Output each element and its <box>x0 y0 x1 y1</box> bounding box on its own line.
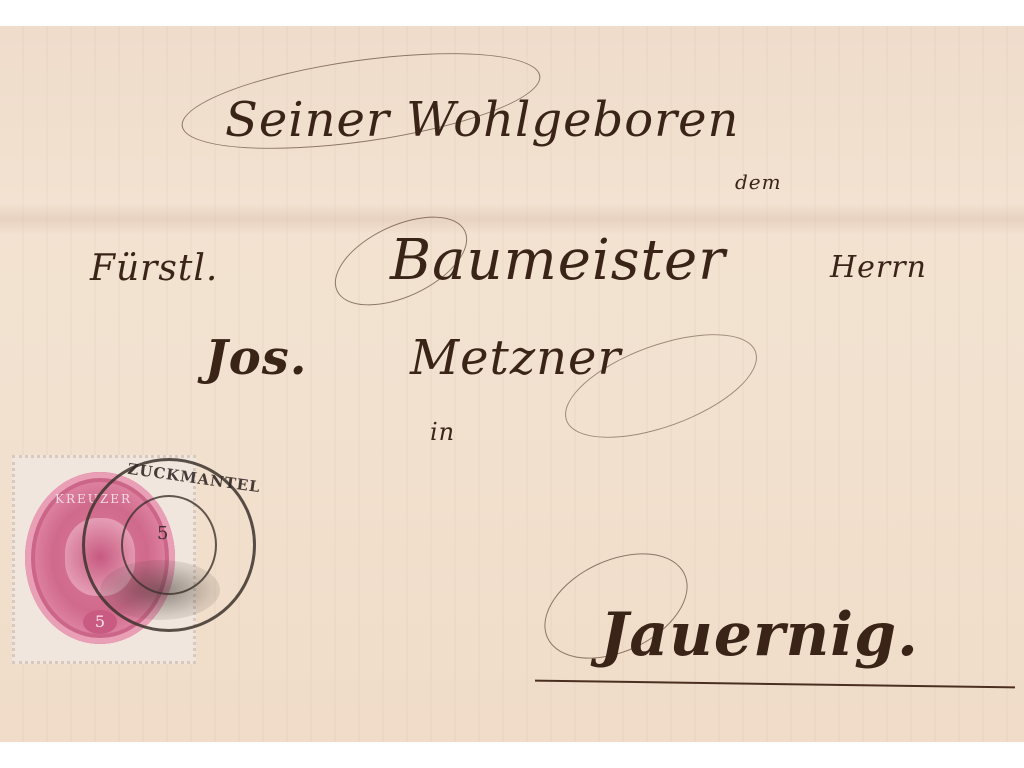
address-line-salutation: Seiner Wohlgeboren <box>225 92 739 148</box>
address-title-prefix: Fürstl. <box>90 248 218 289</box>
address-occupation: Baumeister <box>390 228 726 293</box>
address-honorific: Herrn <box>830 250 927 285</box>
address-line-dem: dem <box>735 170 782 194</box>
stamp-value: 5 <box>83 610 117 634</box>
recipient-first-name: Jos. <box>205 330 307 386</box>
postmark-date: 5 <box>157 523 168 544</box>
postmark-ink-smudge <box>100 560 220 620</box>
destination-town: Jauernig. <box>600 600 919 670</box>
recipient-last-name: Metzner <box>410 330 621 386</box>
address-preposition: in <box>430 418 455 446</box>
